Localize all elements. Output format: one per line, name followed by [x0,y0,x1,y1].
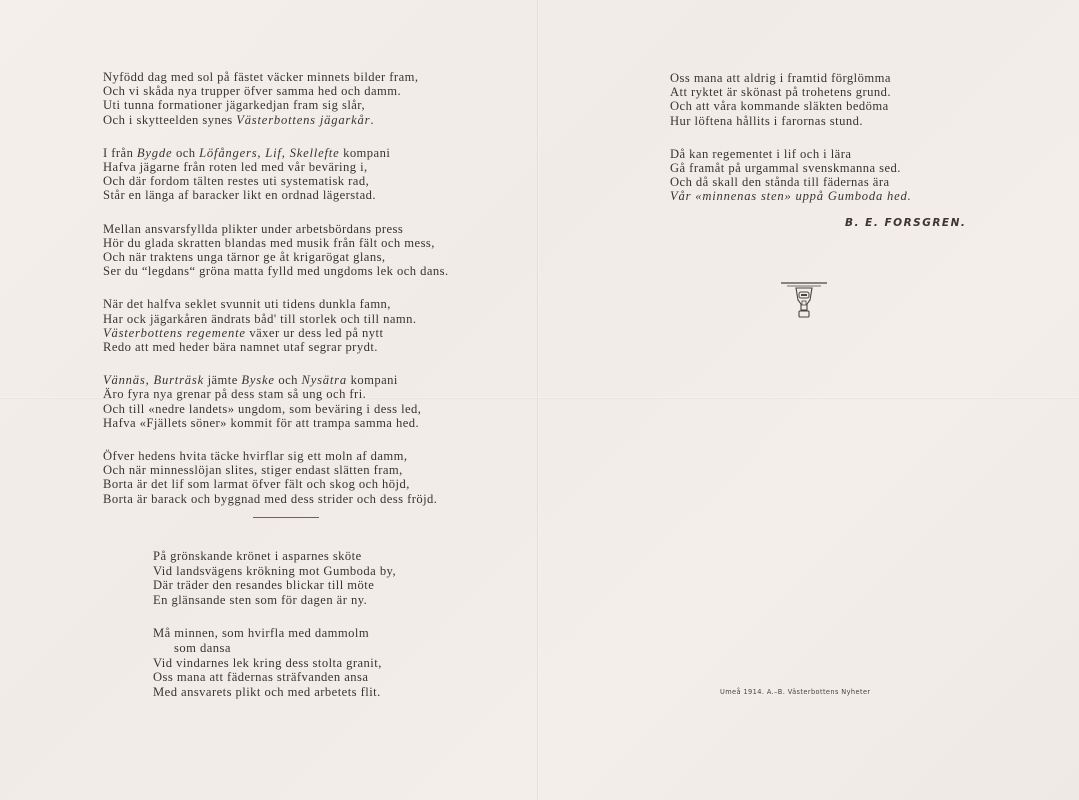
verse-line: Och vi skåda nya trupper öfver samma hed… [103,84,523,98]
verse-line: Gå framåt på urgammal svenskmanna sed. [670,161,970,175]
paper-fold-vertical [537,0,539,800]
verse-line: Och när traktens unga tärnor ge åt kriga… [103,250,523,264]
verse-text: Och vi skåda nya trupper öfver samma hed… [103,84,401,98]
verse-text: Ser du “legdans“ gröna matta fylld med u… [103,264,449,278]
verse-line: Och då skall den stånda till fädernas är… [670,175,970,189]
verse-line: Och i skytteelden synes Västerbottens jä… [103,113,523,127]
verse-text: och [172,146,199,160]
verse-text: Öfver hedens hvita täcke hvirflar sig et… [103,449,408,463]
verse-line: Öfver hedens hvita täcke hvirflar sig et… [103,449,523,463]
stanza: På grönskande krönet i asparnes sköteVid… [153,549,396,607]
verse-line: Ser du “legdans“ gröna matta fylld med u… [103,264,523,278]
verse-text: jämte [204,373,241,387]
verse-line: Redo att med heder bära namnet utaf segr… [103,340,523,354]
verse-text: Redo att med heder bära namnet utaf segr… [103,340,378,354]
verse-text: Vid landsvägens krökning mot Gumboda by, [153,564,396,578]
emphasized-text: Västerbottens jägarkår [236,113,370,127]
verse-text: Äro fyra nya grenar på dess stam så ung … [103,387,366,401]
verse-text: Med ansvarets plikt och med arbetets fli… [153,685,381,699]
verse-line: Borta är det lif som larmat öfver fält o… [103,477,523,491]
verse-line: Vår «minnenas sten» uppå Gumboda hed. [670,189,970,203]
stanza: Vännäs, Burträsk jämte Byske och Nysätra… [103,373,523,430]
verse-text: Och när minnesslöjan slites, stiger enda… [103,463,403,477]
verse-text: Där träder den resandes blickar till möt… [153,578,374,592]
verse-text: och [275,373,302,387]
verse-text: Uti tunna formationer jägarkedjan fram s… [103,98,365,112]
verse-text: Vid vindarnes lek kring dess stolta gran… [153,656,382,670]
verse-text: Och att våra kommande släkten bedöma [670,99,889,113]
verse-line: Borta är barack och byggnad med dess str… [103,492,523,506]
verse-text: . [370,113,374,127]
verse-line: Hör du glada skratten blandas med musik … [103,236,523,250]
emphasized-text: Löfångers, Lif, Skellefte [199,146,339,160]
verse-text: Hafva jägarne från roten led med vår bev… [103,160,368,174]
verse-line: Och till «nedre landets» ungdom, som bev… [103,402,523,416]
stanza: I från Bygde och Löfångers, Lif, Skellef… [103,146,523,203]
verse-text: På grönskande krönet i asparnes sköte [153,549,362,563]
verse-text: Att ryktet är skönast på trohetens grund… [670,85,891,99]
verse-line: Hafva «Fjällets söner» kommit för att tr… [103,416,523,430]
verse-line: Där träder den resandes blickar till möt… [153,578,396,593]
poem-right-column: Oss mana att aldrig i framtid förglömmaA… [670,71,970,223]
verse-text: Gå framåt på urgammal svenskmanna sed. [670,161,901,175]
verse-line: Vännäs, Burträsk jämte Byske och Nysätra… [103,373,523,387]
verse-line: Må minnen, som hvirfla med dammolm [153,626,396,641]
verse-line: Nyfödd dag med sol på fästet väcker minn… [103,70,523,84]
verse-text: Står en länga af baracker likt en ordnad… [103,188,376,202]
emphasized-text: Bygde [137,146,172,160]
verse-text: Borta är det lif som larmat öfver fält o… [103,477,410,491]
stanza: Mellan ansvarsfyllda plikter under arbet… [103,222,523,279]
author-signature: B. E. FORSGREN. [845,217,966,229]
verse-line: Uti tunna formationer jägarkedjan fram s… [103,98,523,112]
poem-second-part: På grönskande krönet i asparnes sköteVid… [153,549,396,718]
verse-line: Vid vindarnes lek kring dess stolta gran… [153,656,396,671]
verse-line: I från Bygde och Löfångers, Lif, Skellef… [103,146,523,160]
printer-imprint: Umeå 1914. A.–B. Västerbottens Nyheter [720,688,871,696]
verse-text: När det halfva seklet svunnit uti tidens… [103,297,391,311]
verse-text: Har ock jägarkåren ändrats båd' till sto… [103,312,416,326]
stanza: När det halfva seklet svunnit uti tidens… [103,297,523,354]
verse-line: Oss mana att fädernas sträfvanden ansa [153,670,396,685]
verse-line: En glänsande sten som för dagen är ny. [153,593,396,608]
verse-text: Oss mana att fädernas sträfvanden ansa [153,670,368,684]
verse-text: Oss mana att aldrig i framtid förglömma [670,71,891,85]
verse-line: Vid landsvägens krökning mot Gumboda by, [153,564,396,579]
verse-text: Och då skall den stånda till fädernas är… [670,175,890,189]
verse-line: Då kan regementet i lif och i lära [670,147,970,161]
stanza: Må minnen, som hvirfla med dammolmsom da… [153,626,396,699]
emphasized-text: Nysätra [302,373,347,387]
verse-line: Hur löftena hållits i farornas stund. [670,114,970,128]
verse-text: I från [103,146,137,160]
verse-line: Har ock jägarkåren ändrats båd' till sto… [103,312,523,326]
verse-line: som dansa [153,641,396,656]
printer-ornament-emblem-icon [779,280,829,324]
verse-text: som dansa [174,641,231,655]
verse-text: Mellan ansvarsfyllda plikter under arbet… [103,222,403,236]
verse-line: Och att våra kommande släkten bedöma [670,99,970,113]
verse-text: Och när traktens unga tärnor ge åt kriga… [103,250,386,264]
verse-line: På grönskande krönet i asparnes sköte [153,549,396,564]
emphasized-text: Västerbottens regemente [103,326,246,340]
verse-line: Och när minnesslöjan slites, stiger enda… [103,463,523,477]
emphasized-text: Vår «minnenas sten» uppå Gumboda hed. [670,189,912,203]
verse-line: Hafva jägarne från roten led med vår bev… [103,160,523,174]
emphasized-text: Byske [241,373,274,387]
verse-text: Borta är barack och byggnad med dess str… [103,492,437,506]
verse-line: Och där fordom tälten restes uti systema… [103,174,523,188]
stanza: Öfver hedens hvita täcke hvirflar sig et… [103,449,523,506]
emphasized-text: Vännäs, Burträsk [103,373,204,387]
stanza: Nyfödd dag med sol på fästet väcker minn… [103,70,523,127]
verse-line: Står en länga af baracker likt en ordnad… [103,188,523,202]
section-separator-line [253,517,319,518]
verse-text: Hur löftena hållits i farornas stund. [670,114,863,128]
verse-line: Västerbottens regemente växer ur dess le… [103,326,523,340]
verse-line: Mellan ansvarsfyllda plikter under arbet… [103,222,523,236]
stanza: Oss mana att aldrig i framtid förglömmaA… [670,71,970,128]
poem-left-column: Nyfödd dag med sol på fästet väcker minn… [103,70,523,525]
verse-text: Då kan regementet i lif och i lära [670,147,851,161]
verse-text: Hör du glada skratten blandas med musik … [103,236,435,250]
verse-line: Att ryktet är skönast på trohetens grund… [670,85,970,99]
verse-text: En glänsande sten som för dagen är ny. [153,593,367,607]
verse-text: Och där fordom tälten restes uti systema… [103,174,369,188]
verse-text: växer ur dess led på nytt [246,326,384,340]
verse-line: Oss mana att aldrig i framtid förglömma [670,71,970,85]
verse-text: Nyfödd dag med sol på fästet väcker minn… [103,70,418,84]
verse-text: Och till «nedre landets» ungdom, som bev… [103,402,421,416]
verse-line: Med ansvarets plikt och med arbetets fli… [153,685,396,700]
verse-line: Äro fyra nya grenar på dess stam så ung … [103,387,523,401]
verse-text: Må minnen, som hvirfla med dammolm [153,626,369,640]
verse-text: Hafva «Fjällets söner» kommit för att tr… [103,416,419,430]
stanza: Då kan regementet i lif och i läraGå fra… [670,147,970,204]
verse-text: Och i skytteelden synes [103,113,236,127]
verse-text: kompani [339,146,390,160]
verse-text: kompani [347,373,398,387]
verse-line: När det halfva seklet svunnit uti tidens… [103,297,523,311]
